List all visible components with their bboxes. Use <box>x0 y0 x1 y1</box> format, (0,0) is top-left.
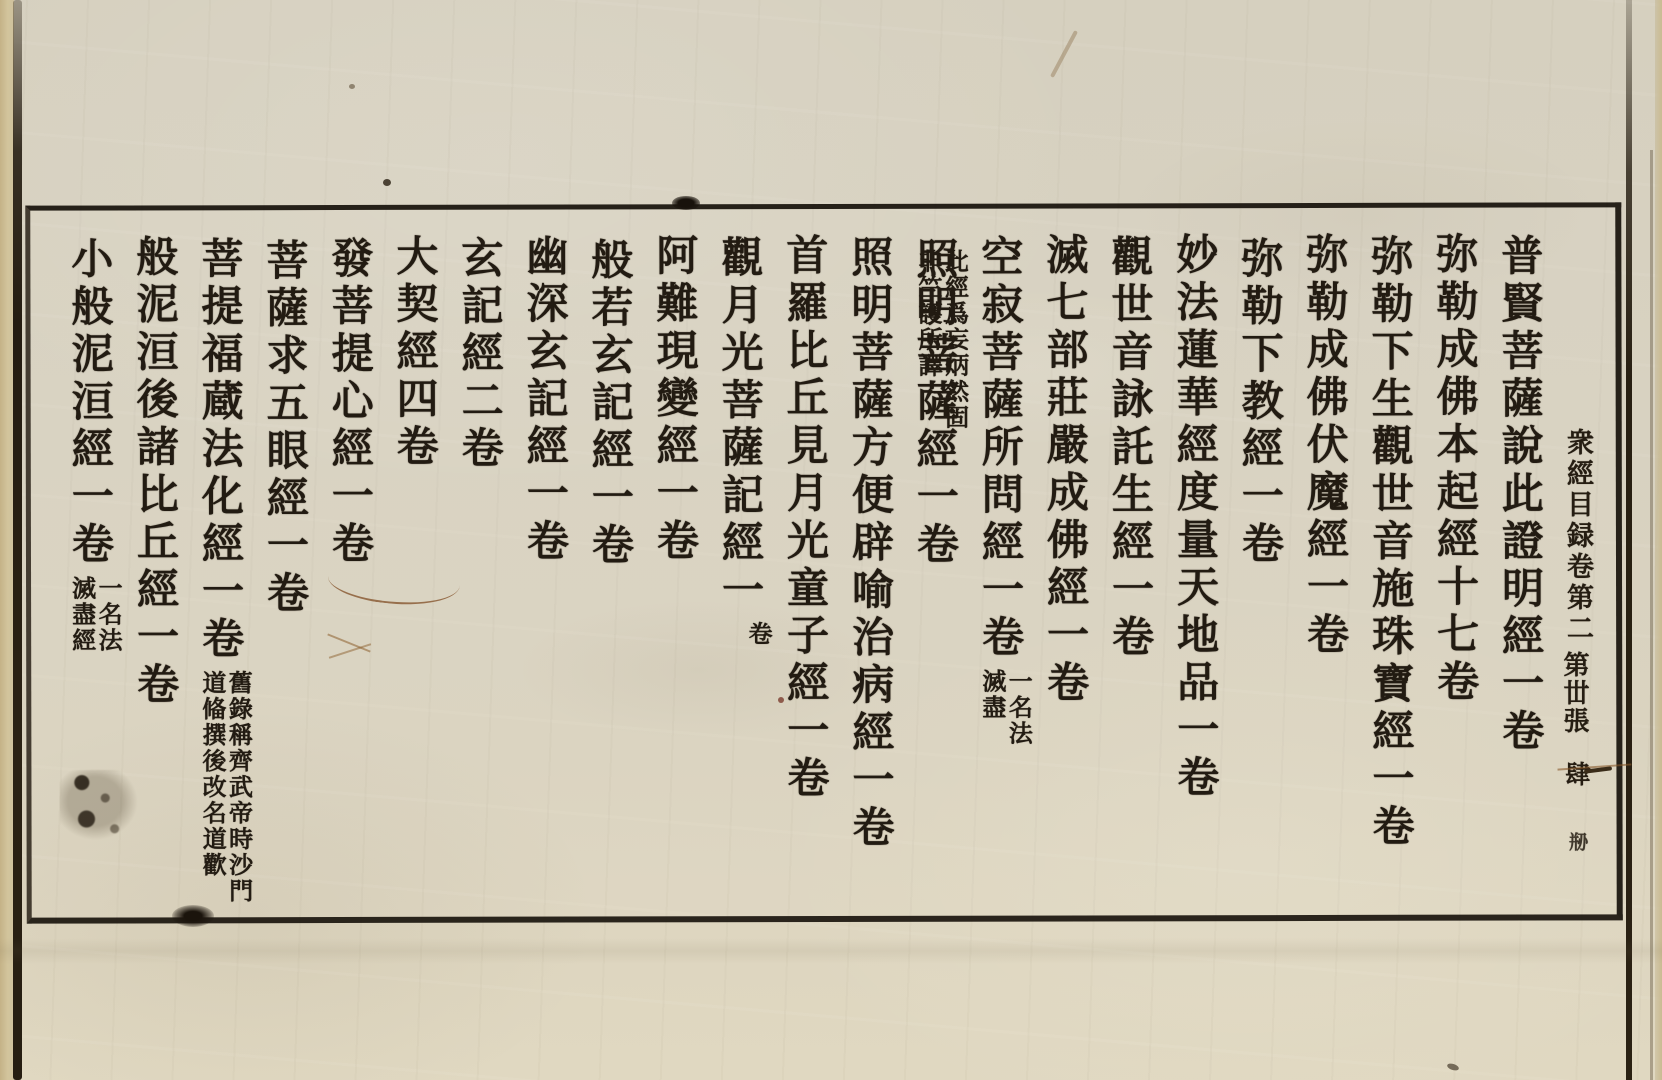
entry-title: 菩提福蔵法化經一卷 <box>195 236 242 664</box>
entry-note: 卷 <box>744 621 770 647</box>
entry-note: 舊錄稱齊武帝時沙門 道偹撰後改名道歡 <box>197 670 250 904</box>
entry-title: 妙法蓮華經度量天地品一卷 <box>1170 232 1217 802</box>
entry-title: 小般泥洹經一卷 <box>65 236 112 569</box>
entry-title: 滅七部莊嚴成佛經一卷 <box>1040 232 1087 707</box>
catalog-volume-label: 衆經目録卷第二 <box>1563 428 1593 645</box>
sutra-entry: 弥勒下教經一卷 <box>1224 236 1290 918</box>
sutra-entry: 弥勒下生觀世音施珠寶經一卷 <box>1354 234 1420 916</box>
sutra-entry: 空寂菩薩所問經一卷一名法 滅盡此經爲妄炳然固 非竺護所譯 <box>964 235 1030 917</box>
entry-note: 一名法 滅盡 <box>977 668 1030 746</box>
entry-title: 空寂菩薩所問經一卷 <box>975 235 1022 663</box>
paper-fiber <box>1050 30 1078 78</box>
entry-title: 照明菩薩經一卷 <box>910 237 957 570</box>
catalog-columns: 普賢菩薩說此證明經一卷 弥勒成佛本起經十七卷 弥勒下生觀世音施珠寶經一卷 弥勒成… <box>49 231 1550 916</box>
entry-title: 弥勒成佛本起經十七卷 <box>1430 232 1477 707</box>
ink-speck <box>1446 1062 1459 1071</box>
entry-title: 大契經四卷 <box>390 234 436 472</box>
entry-title: 觀月光菩薩記經一 <box>715 235 762 615</box>
ink-blob-on-border <box>172 905 214 927</box>
entry-title: 菩薩求五眼經一卷 <box>260 238 307 618</box>
sutra-entry: 照明菩薩經一卷 <box>899 237 965 919</box>
sutra-entry: 觀世音詠託生經一卷 <box>1094 234 1160 916</box>
sutra-entry: 普賢菩薩說此證明經一卷 <box>1484 233 1550 915</box>
right-page-edge-line <box>1626 0 1632 1080</box>
left-binding-line <box>13 0 22 1080</box>
entry-title: 弥勒下教經一卷 <box>1235 236 1282 569</box>
ink-speck <box>349 84 355 89</box>
entry-title: 弥勒下生觀世音施珠寶經一卷 <box>1365 234 1412 852</box>
sutra-entry: 菩提福蔵法化經一卷舊錄稱齊武帝時沙門 道偹撰後改名道歡 <box>184 236 250 918</box>
left-page-edge <box>0 0 14 1080</box>
red-speck <box>778 697 784 703</box>
sutra-entry: 弥勒成佛本起經十七卷 <box>1419 232 1485 914</box>
entry-title: 般若玄記經一卷 <box>585 237 632 570</box>
sutra-entry: 觀月光菩薩記經一卷 <box>704 235 770 917</box>
entry-title: 玄記經二卷 <box>455 236 501 474</box>
entry-title: 首羅比丘見月光童子經一卷 <box>780 233 827 803</box>
sutra-entry: 菩薩求五眼經一卷 <box>249 238 315 920</box>
printed-text-frame: 普賢菩薩說此證明經一卷 弥勒成佛本起經十七卷 弥勒下生觀世音施珠寶經一卷 弥勒成… <box>25 202 1623 923</box>
carver-mark: 剙 <box>1566 832 1587 851</box>
ink-smudge <box>60 770 138 840</box>
entry-title: 觀世音詠託生經一卷 <box>1105 234 1152 662</box>
entry-title: 弥勒成佛伏魔經一卷 <box>1300 232 1347 660</box>
entry-title: 普賢菩薩說此證明經一卷 <box>1495 233 1542 756</box>
entry-title: 般泥洹後諸比丘經一卷 <box>130 234 177 709</box>
ink-blob-top-border <box>672 196 700 210</box>
sutra-entry: 滅七部莊嚴成佛經一卷 <box>1029 232 1095 914</box>
sutra-entry: 幽深玄記經一卷 <box>509 234 575 916</box>
sutra-entry: 妙法蓮華經度量天地品一卷 <box>1159 232 1225 914</box>
entry-note: 一名法 滅盡經 <box>67 575 120 653</box>
entry-title: 發菩提心經一卷 <box>325 236 372 569</box>
sutra-entry: 般若玄記經一卷 <box>574 237 640 919</box>
sutra-entry: 阿難現變經一卷 <box>639 233 705 915</box>
scanned-sutra-catalog-page: 普賢菩薩說此證明經一卷 弥勒成佛本起經十七卷 弥勒下生觀世音施珠寶經一卷 弥勒成… <box>0 0 1662 1080</box>
right-paper-rim <box>1655 0 1662 1080</box>
entry-title: 阿難現變經一卷 <box>650 233 697 566</box>
margin-annotation: 衆經目録卷第二第丗張肆剙 <box>1546 428 1598 914</box>
sheet-number-label: 第丗張 <box>1560 651 1589 735</box>
ink-speck <box>383 179 391 186</box>
sutra-entry: 照明菩薩方便辟喻治病經一卷 <box>834 235 900 917</box>
entry-title: 照明菩薩方便辟喻治病經一卷 <box>845 235 892 853</box>
sutra-entry: 弥勒成佛伏魔經一卷 <box>1289 232 1355 914</box>
sutra-entry: 首羅比丘見月光童子經一卷 <box>769 233 835 915</box>
entry-title: 幽深玄記經一卷 <box>520 234 567 567</box>
paper-fold-shadow <box>0 938 1662 964</box>
